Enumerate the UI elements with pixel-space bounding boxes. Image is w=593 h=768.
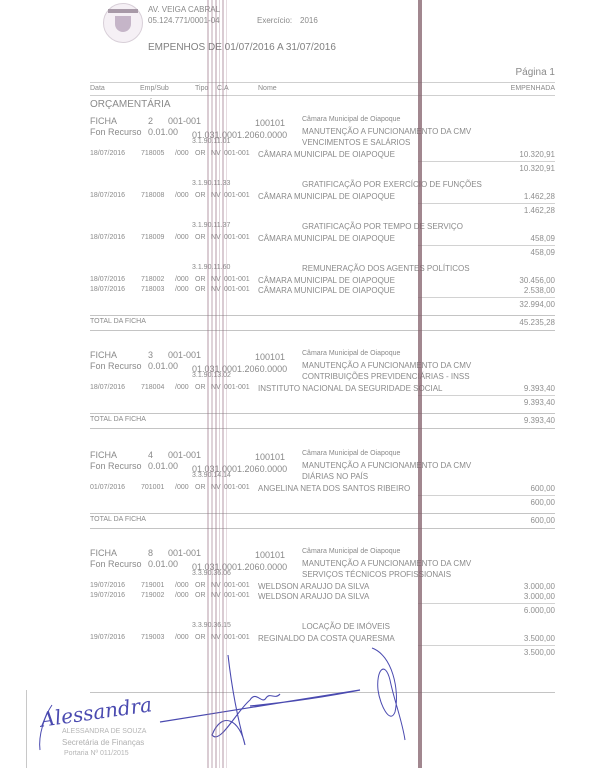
page-edge <box>26 690 27 768</box>
scan-stripe <box>215 0 217 768</box>
scan-stripe <box>219 0 220 768</box>
signature-scribbles <box>0 0 593 768</box>
scan-stripe <box>418 0 422 768</box>
scan-stripe <box>211 0 213 768</box>
scan-stripe <box>226 0 227 768</box>
scan-stripe <box>207 0 209 768</box>
scan-stripe <box>222 0 224 768</box>
